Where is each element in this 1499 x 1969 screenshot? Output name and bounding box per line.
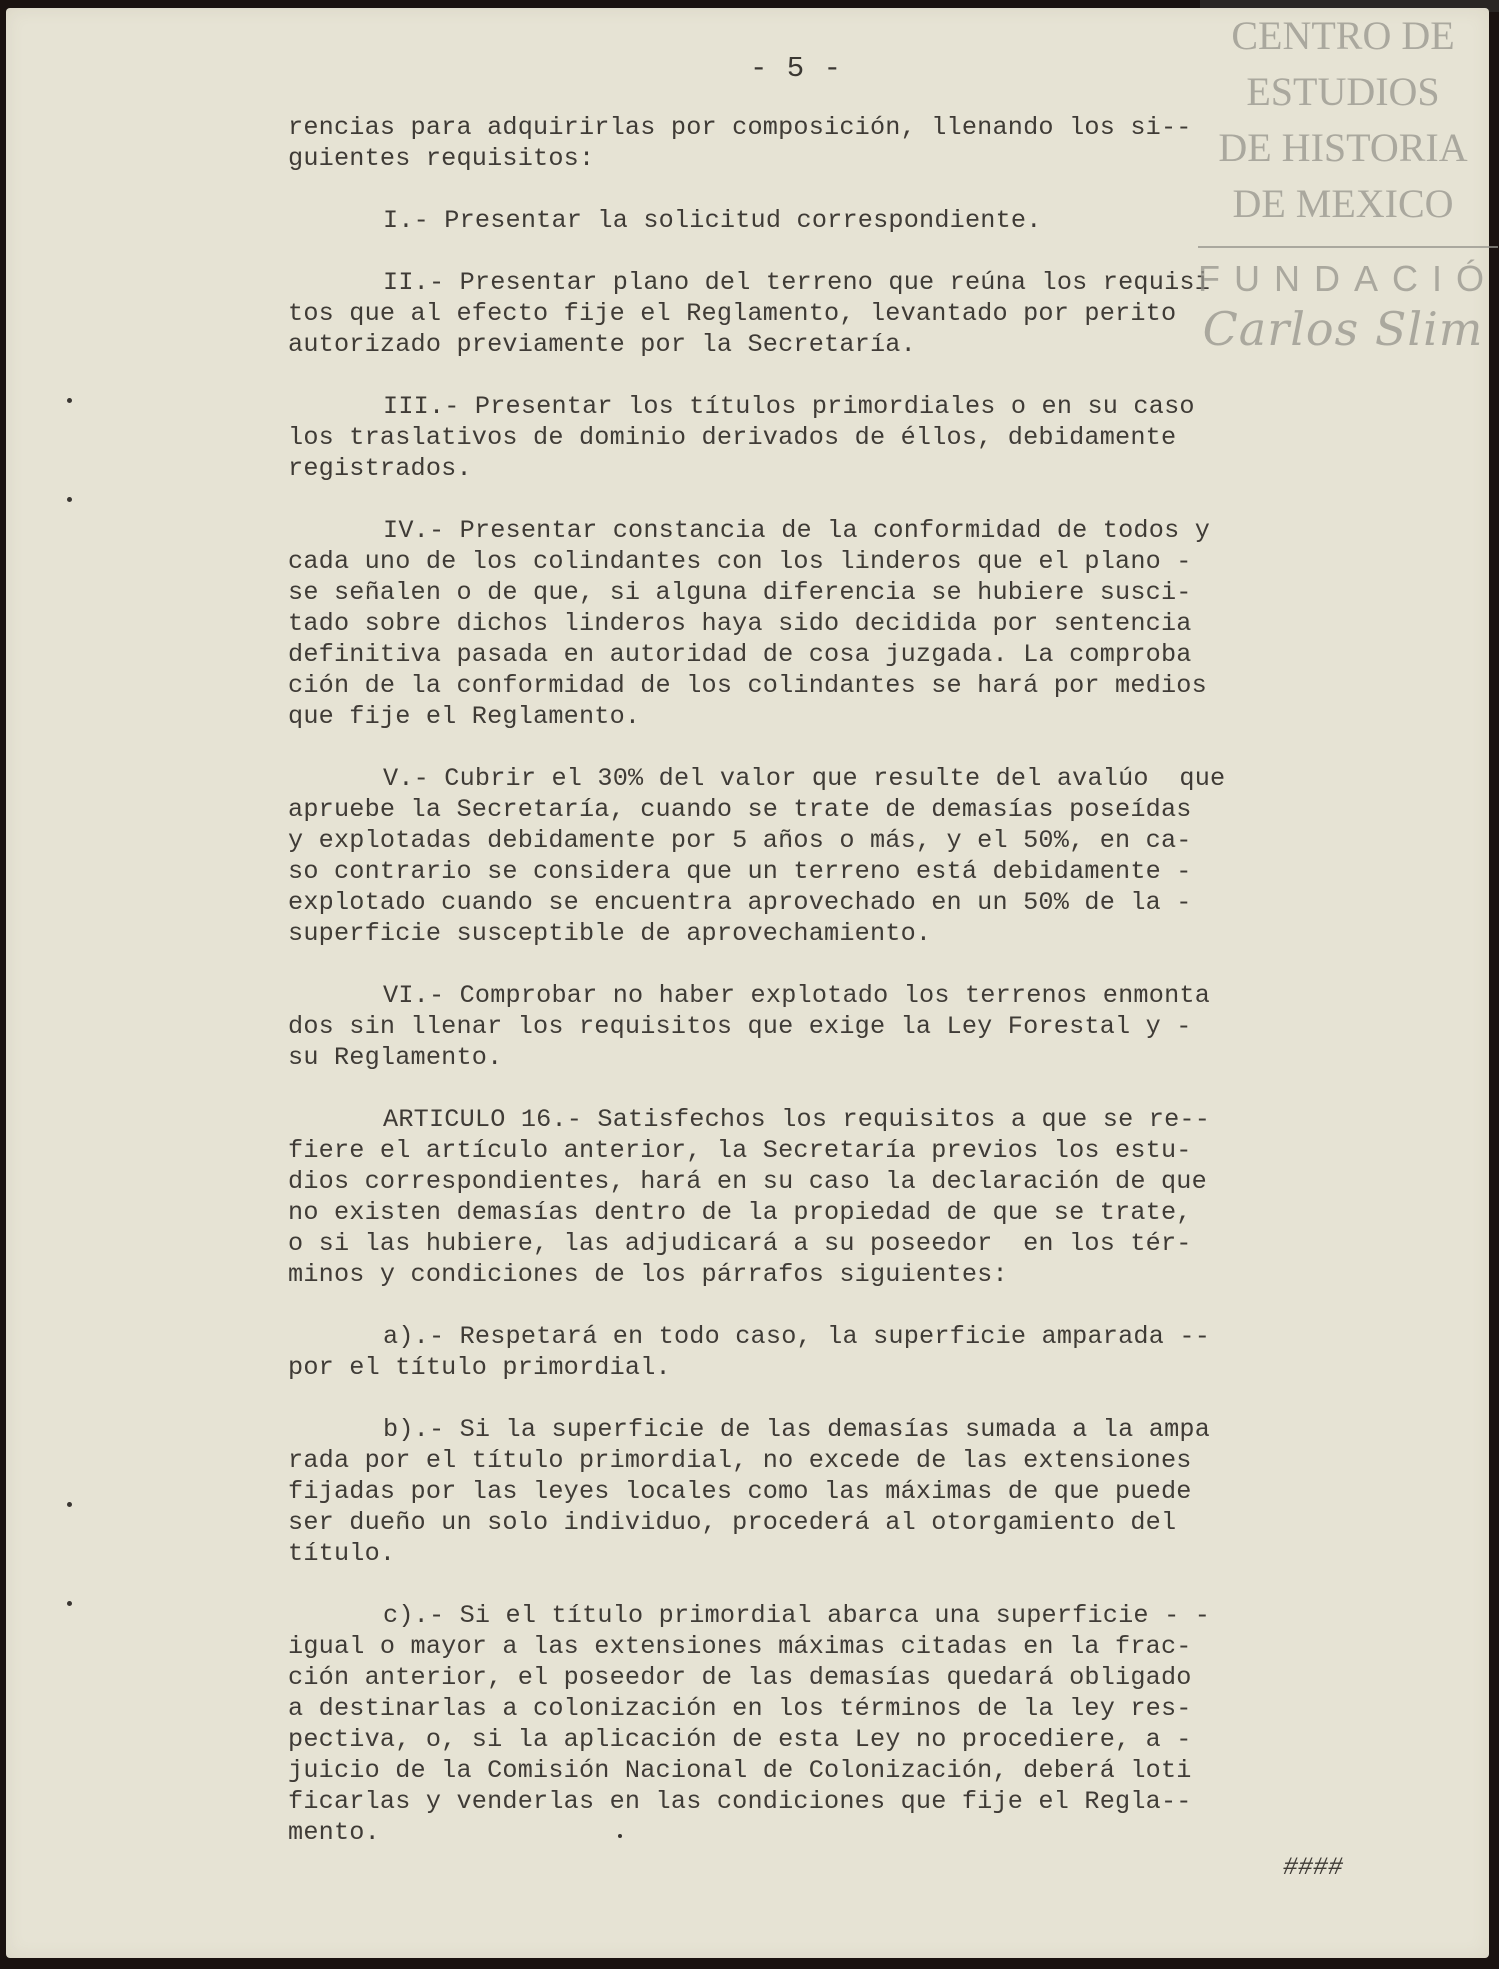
end-mark: #### bbox=[1283, 1853, 1343, 1882]
margin-dot bbox=[67, 497, 72, 502]
text-line: o si las hubiere, las adjudicará a su po… bbox=[288, 1228, 1428, 1259]
text-line: autorizado previamente por la Secretaría… bbox=[288, 329, 1428, 360]
text-line: ción anterior, el poseedor de las demasí… bbox=[288, 1662, 1428, 1693]
text-line: fiere el artículo anterior, la Secretarí… bbox=[288, 1135, 1428, 1166]
text-line: minos y condiciones de los párrafos sigu… bbox=[288, 1259, 1428, 1290]
text-line: ficarlas y venderlas en las condiciones … bbox=[288, 1786, 1428, 1817]
text-line: ser dueño un solo individuo, procederá a… bbox=[288, 1507, 1428, 1538]
text-line: tos que al efecto fije el Reglamento, le… bbox=[288, 298, 1428, 329]
text-line: no existen demasías dentro de la propied… bbox=[288, 1197, 1428, 1228]
text-line: ción de la conformidad de los colindante… bbox=[288, 670, 1428, 701]
text-line: rencias para adquirirlas por composición… bbox=[288, 112, 1428, 143]
text-line: III.- Presentar los títulos primordiales… bbox=[288, 391, 1428, 422]
paragraph: IV.- Presentar constancia de la conformi… bbox=[288, 515, 1428, 732]
text-line: so contrario se considera que un terreno… bbox=[288, 856, 1428, 887]
text-line: V.- Cubrir el 30% del valor que resulte … bbox=[288, 763, 1428, 794]
paragraph: rencias para adquirirlas por composición… bbox=[288, 112, 1428, 174]
text-line: cada uno de los colindantes con los lind… bbox=[288, 546, 1428, 577]
paragraph: II.- Presentar plano del terreno que reú… bbox=[288, 267, 1428, 360]
text-line: apruebe la Secretaría, cuando se trate d… bbox=[288, 794, 1428, 825]
paragraph: III.- Presentar los títulos primordiales… bbox=[288, 391, 1428, 484]
text-line: que fije el Reglamento. bbox=[288, 701, 1428, 732]
paragraph: I.- Presentar la solicitud correspondien… bbox=[288, 205, 1428, 236]
text-line: juicio de la Comisión Nacional de Coloni… bbox=[288, 1755, 1428, 1786]
text-line: igual o mayor a las extensiones máximas … bbox=[288, 1631, 1428, 1662]
text-line: rada por el título primordial, no excede… bbox=[288, 1445, 1428, 1476]
paragraph: a).- Respetará en todo caso, la superfic… bbox=[288, 1321, 1428, 1383]
margin-dot bbox=[67, 1601, 72, 1606]
text-line: II.- Presentar plano del terreno que reú… bbox=[288, 267, 1428, 298]
text-line: se señalen o de que, si alguna diferenci… bbox=[288, 577, 1428, 608]
text-line: IV.- Presentar constancia de la conformi… bbox=[288, 515, 1428, 546]
text-line: VI.- Comprobar no haber explotado los te… bbox=[288, 980, 1428, 1011]
text-line: definitiva pasada en autoridad de cosa j… bbox=[288, 639, 1428, 670]
text-line: tado sobre dichos linderos haya sido dec… bbox=[288, 608, 1428, 639]
text-line: c).- Si el título primordial abarca una … bbox=[288, 1600, 1428, 1631]
page-number: - 5 - bbox=[750, 52, 842, 85]
text-line: dos sin llenar los requisitos que exige … bbox=[288, 1011, 1428, 1042]
text-line: y explotadas debidamente por 5 años o má… bbox=[288, 825, 1428, 856]
text-line: guientes requisitos: bbox=[288, 143, 1428, 174]
text-line: a destinarlas a colonización en los térm… bbox=[288, 1693, 1428, 1724]
text-line: a).- Respetará en todo caso, la superfic… bbox=[288, 1321, 1428, 1352]
paragraph: VI.- Comprobar no haber explotado los te… bbox=[288, 980, 1428, 1073]
paragraph: b).- Si la superficie de las demasías su… bbox=[288, 1414, 1428, 1569]
margin-dot bbox=[67, 1502, 72, 1507]
text-line: su Reglamento. bbox=[288, 1042, 1428, 1073]
text-line: los traslativos de dominio derivados de … bbox=[288, 422, 1428, 453]
text-line: explotado cuando se encuentra aprovechad… bbox=[288, 887, 1428, 918]
document-body: rencias para adquirirlas por composición… bbox=[288, 112, 1428, 1879]
text-line: ARTICULO 16.- Satisfechos los requisitos… bbox=[288, 1104, 1428, 1135]
text-line: dios correspondientes, hará en su caso l… bbox=[288, 1166, 1428, 1197]
paragraph: ARTICULO 16.- Satisfechos los requisitos… bbox=[288, 1104, 1428, 1290]
text-line: mento. bbox=[288, 1817, 1428, 1848]
text-line: registrados. bbox=[288, 453, 1428, 484]
text-line: I.- Presentar la solicitud correspondien… bbox=[288, 205, 1428, 236]
margin-dot bbox=[67, 398, 72, 403]
text-line: fijadas por las leyes locales como las m… bbox=[288, 1476, 1428, 1507]
text-line: superficie susceptible de aprovechamient… bbox=[288, 918, 1428, 949]
paragraph: c).- Si el título primordial abarca una … bbox=[288, 1600, 1428, 1848]
margin-dot bbox=[618, 1834, 622, 1838]
text-line: por el título primordial. bbox=[288, 1352, 1428, 1383]
text-line: pectiva, o, si la aplicación de esta Ley… bbox=[288, 1724, 1428, 1755]
paragraph: V.- Cubrir el 30% del valor que resulte … bbox=[288, 763, 1428, 949]
text-line: título. bbox=[288, 1538, 1428, 1569]
text-line: b).- Si la superficie de las demasías su… bbox=[288, 1414, 1428, 1445]
